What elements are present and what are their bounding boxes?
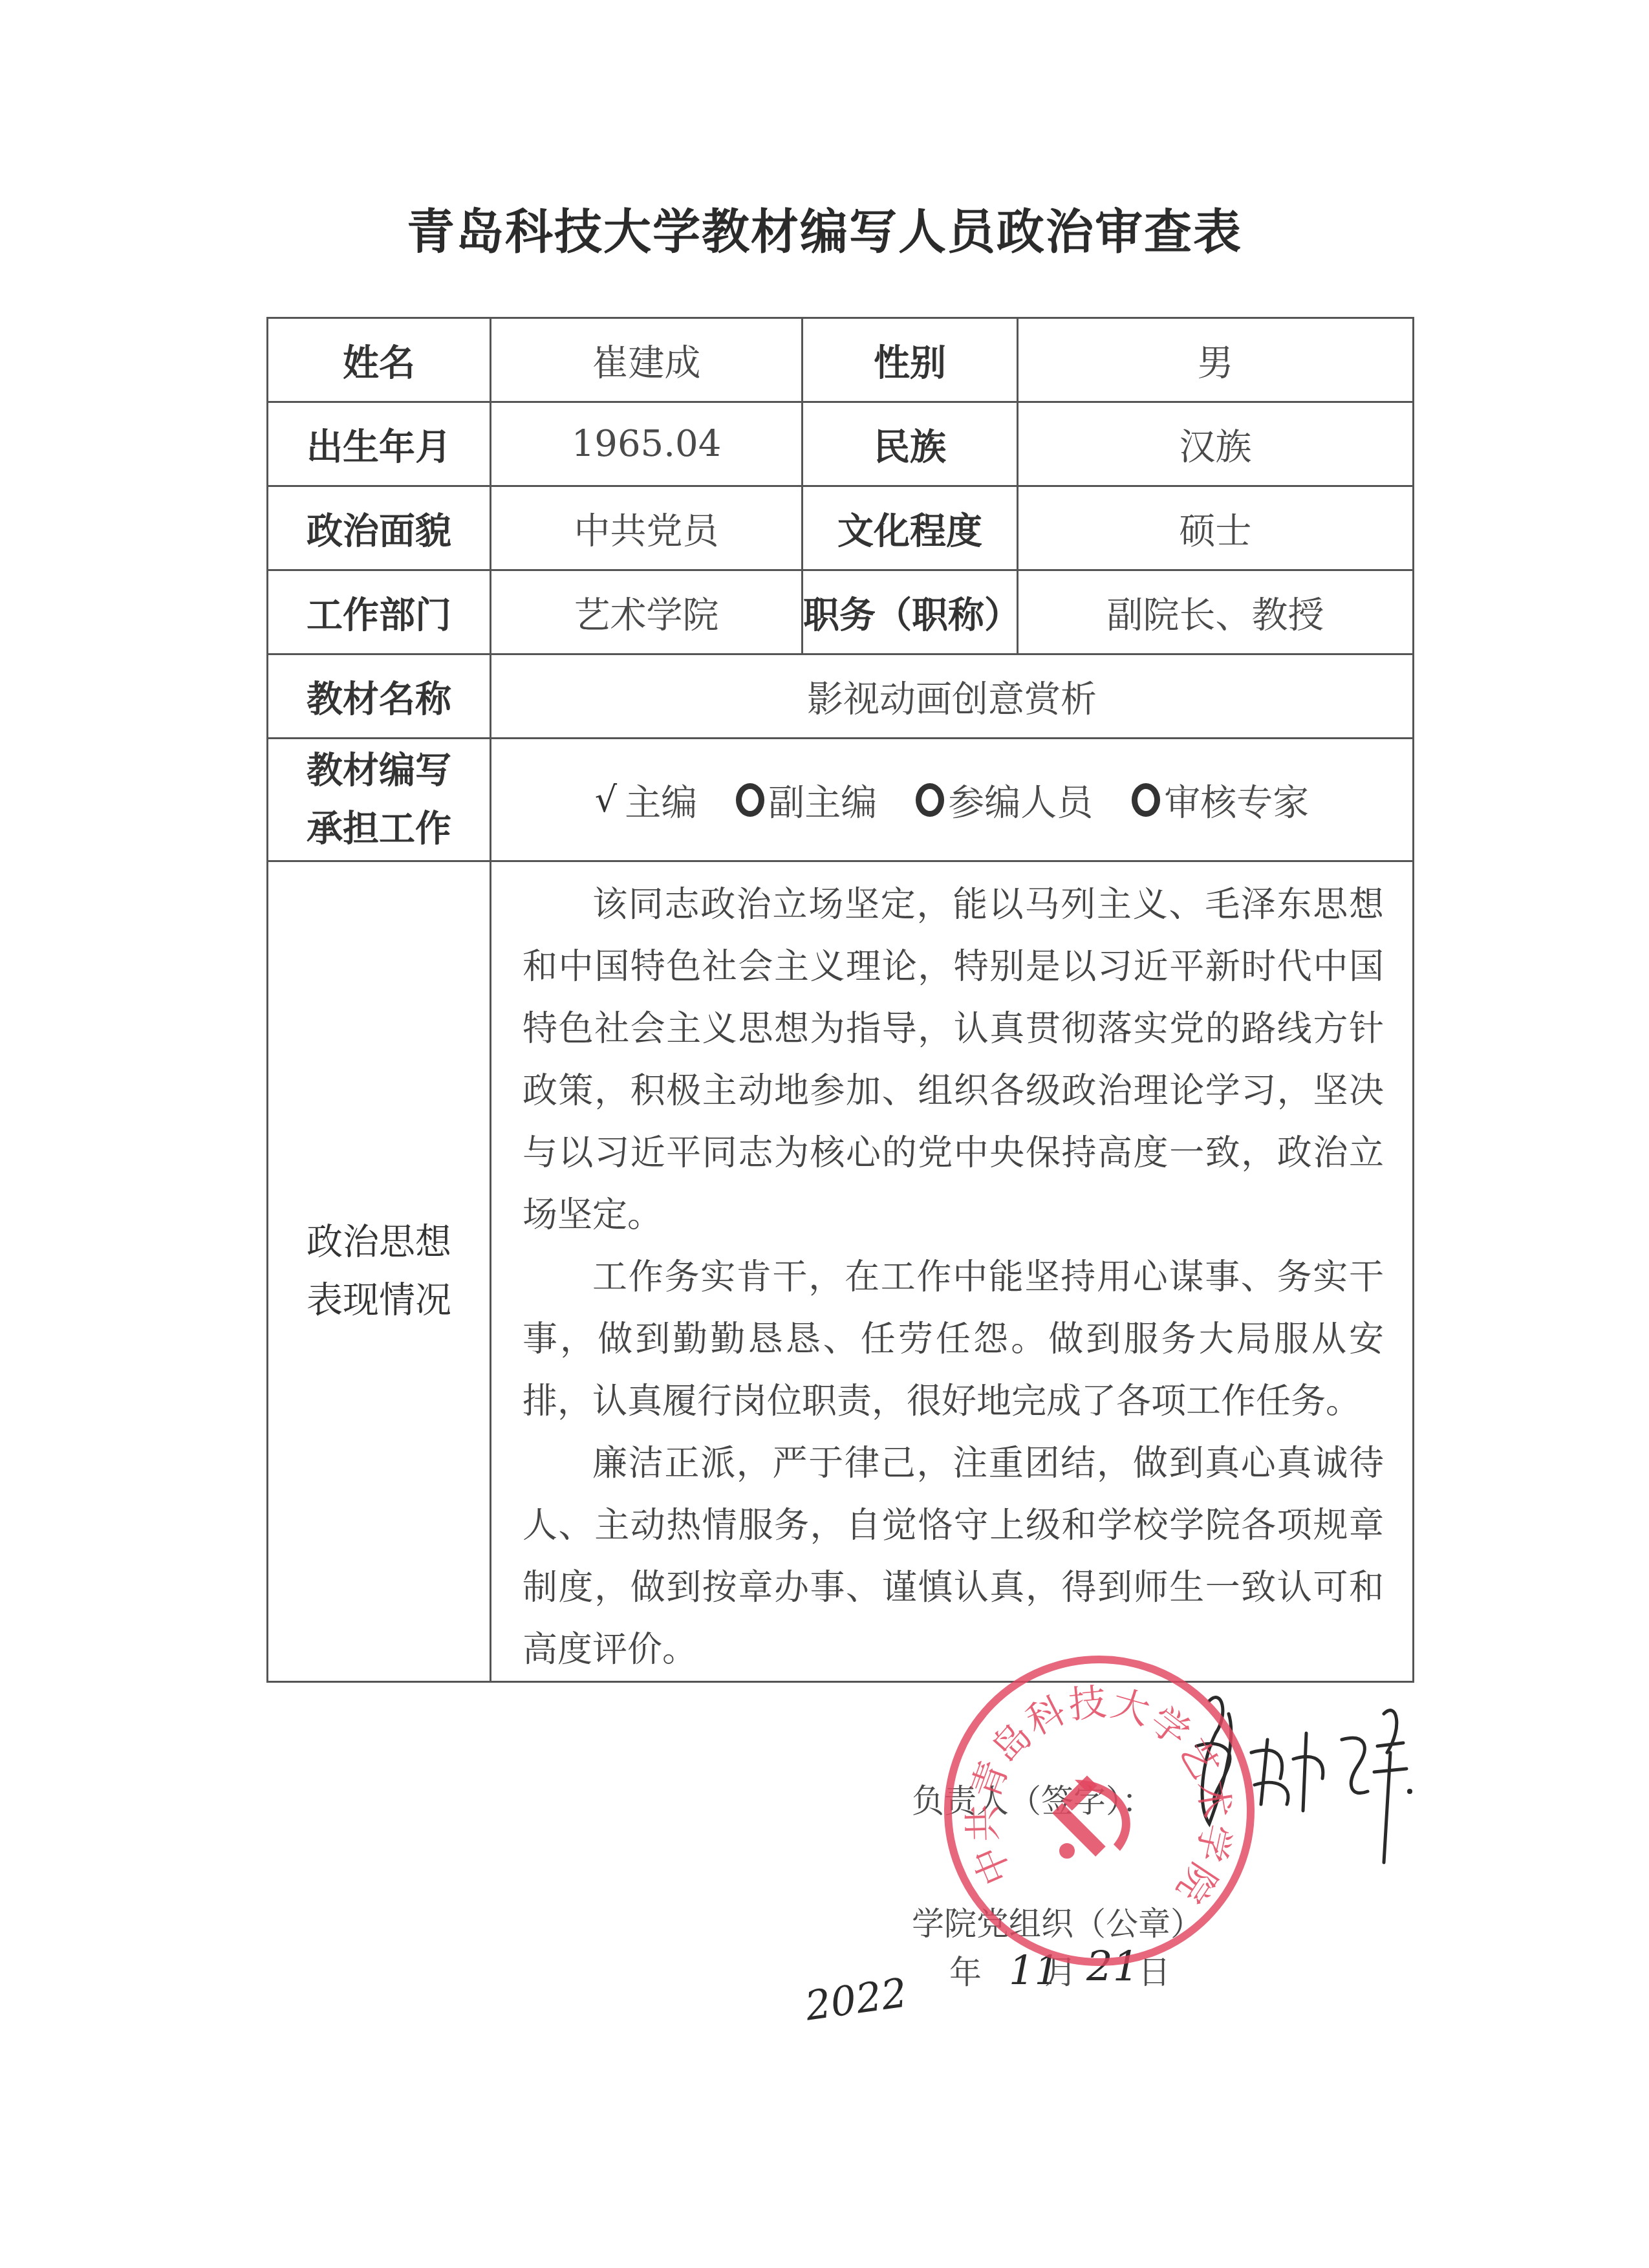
review-text: 该同志政治立场坚定，能以马列主义、毛泽东思想和中国特色社会主义理论，特别是以习近… — [491, 862, 1412, 1681]
role-option-label: 主编 — [625, 774, 697, 826]
role-option-chief-editor[interactable]: √ 主编 — [595, 774, 697, 826]
row-politics-education: 政治面貌 中共党员 文化程度 硕士 — [268, 486, 1414, 570]
value-political-status: 中共党员 — [491, 486, 803, 570]
row-name-gender: 姓名 崔建成 性别 男 — [268, 318, 1414, 402]
label-role-line1: 教材编写 — [268, 742, 490, 800]
row-role: 教材编写 承担工作 √ 主编 副主编 参编人员 审核专家 — [268, 739, 1414, 861]
svg-text:中共青岛科技大学艺术学院委员会: 中共青岛科技大学艺术学院委员会 — [952, 1663, 1239, 1912]
official-seal: 中共青岛科技大学艺术学院委员会 — [944, 1656, 1255, 1966]
label-review-line1: 政治思想 — [268, 1213, 490, 1271]
label-political-status: 政治面貌 — [268, 486, 491, 570]
circle-icon — [1132, 783, 1160, 817]
label-ethnicity: 民族 — [803, 402, 1018, 486]
review-paragraph: 工作务实肯干，在工作中能坚持用心谋事、务实干事，做到勤勤恳恳、任劳任怨。做到服务… — [523, 1246, 1384, 1432]
circle-icon — [916, 783, 944, 817]
value-birth-date: 1965.04 — [491, 402, 803, 486]
role-options-cell: √ 主编 副主编 参编人员 审核专家 — [491, 739, 1414, 861]
seal-text-ring: 中共青岛科技大学艺术学院委员会 — [952, 1663, 1247, 1958]
label-political-review: 政治思想 表现情况 — [268, 861, 491, 1682]
review-content-cell: 该同志政治立场坚定，能以马列主义、毛泽东思想和中国特色社会主义理论，特别是以习近… — [491, 861, 1414, 1682]
row-political-review: 政治思想 表现情况 该同志政治立场坚定，能以马列主义、毛泽东思想和中国特色社会主… — [268, 861, 1414, 1682]
row-department-title: 工作部门 艺术学院 职务（职称） 副院长、教授 — [268, 570, 1414, 654]
value-education: 硕士 — [1018, 486, 1414, 570]
label-role: 教材编写 承担工作 — [268, 739, 491, 861]
row-birth-ethnicity: 出生年月 1965.04 民族 汉族 — [268, 402, 1414, 486]
row-book-name: 教材名称 影视动画创意赏析 — [268, 654, 1414, 739]
seal-text-path: 中共青岛科技大学艺术学院委员会 — [952, 1663, 1239, 1912]
role-option-label: 副主编 — [768, 774, 877, 826]
role-options: √ 主编 副主编 参编人员 审核专家 — [491, 774, 1412, 826]
role-option-contributor[interactable]: 参编人员 — [916, 774, 1093, 826]
label-birth-date: 出生年月 — [268, 402, 491, 486]
label-book-name: 教材名称 — [268, 654, 491, 739]
label-gender: 性别 — [803, 318, 1018, 402]
value-department: 艺术学院 — [491, 570, 803, 654]
label-role-line2: 承担工作 — [268, 800, 490, 858]
role-option-label: 参编人员 — [948, 774, 1093, 826]
role-option-deputy-editor[interactable]: 副主编 — [736, 774, 877, 826]
value-ethnicity: 汉族 — [1018, 402, 1414, 486]
label-review-line2: 表现情况 — [268, 1271, 490, 1330]
value-book-name: 影视动画创意赏析 — [491, 654, 1414, 739]
label-department: 工作部门 — [268, 570, 491, 654]
value-gender: 男 — [1018, 318, 1414, 402]
review-paragraph: 该同志政治立场坚定，能以马列主义、毛泽东思想和中国特色社会主义理论，特别是以习近… — [523, 874, 1384, 1246]
value-name: 崔建成 — [491, 318, 803, 402]
review-form-table: 姓名 崔建成 性别 男 出生年月 1965.04 民族 汉族 政治面貌 中共党员… — [266, 317, 1414, 1683]
role-option-label: 审核专家 — [1164, 774, 1309, 826]
role-option-reviewer[interactable]: 审核专家 — [1132, 774, 1309, 826]
document-title: 青岛科技大学教材编写人员政治审查表 — [0, 194, 1649, 263]
label-position: 职务（职称） — [803, 570, 1018, 654]
label-name: 姓名 — [268, 318, 491, 402]
handwritten-year: 2022 — [803, 1969, 910, 2029]
checkmark-icon: √ — [595, 779, 617, 820]
label-education: 文化程度 — [803, 486, 1018, 570]
value-position: 副院长、教授 — [1018, 570, 1414, 654]
review-paragraph: 廉洁正派，严于律己，注重团结，做到真心真诚待人、主动热情服务，自觉恪守上级和学校… — [523, 1432, 1384, 1681]
circle-icon — [736, 783, 764, 817]
